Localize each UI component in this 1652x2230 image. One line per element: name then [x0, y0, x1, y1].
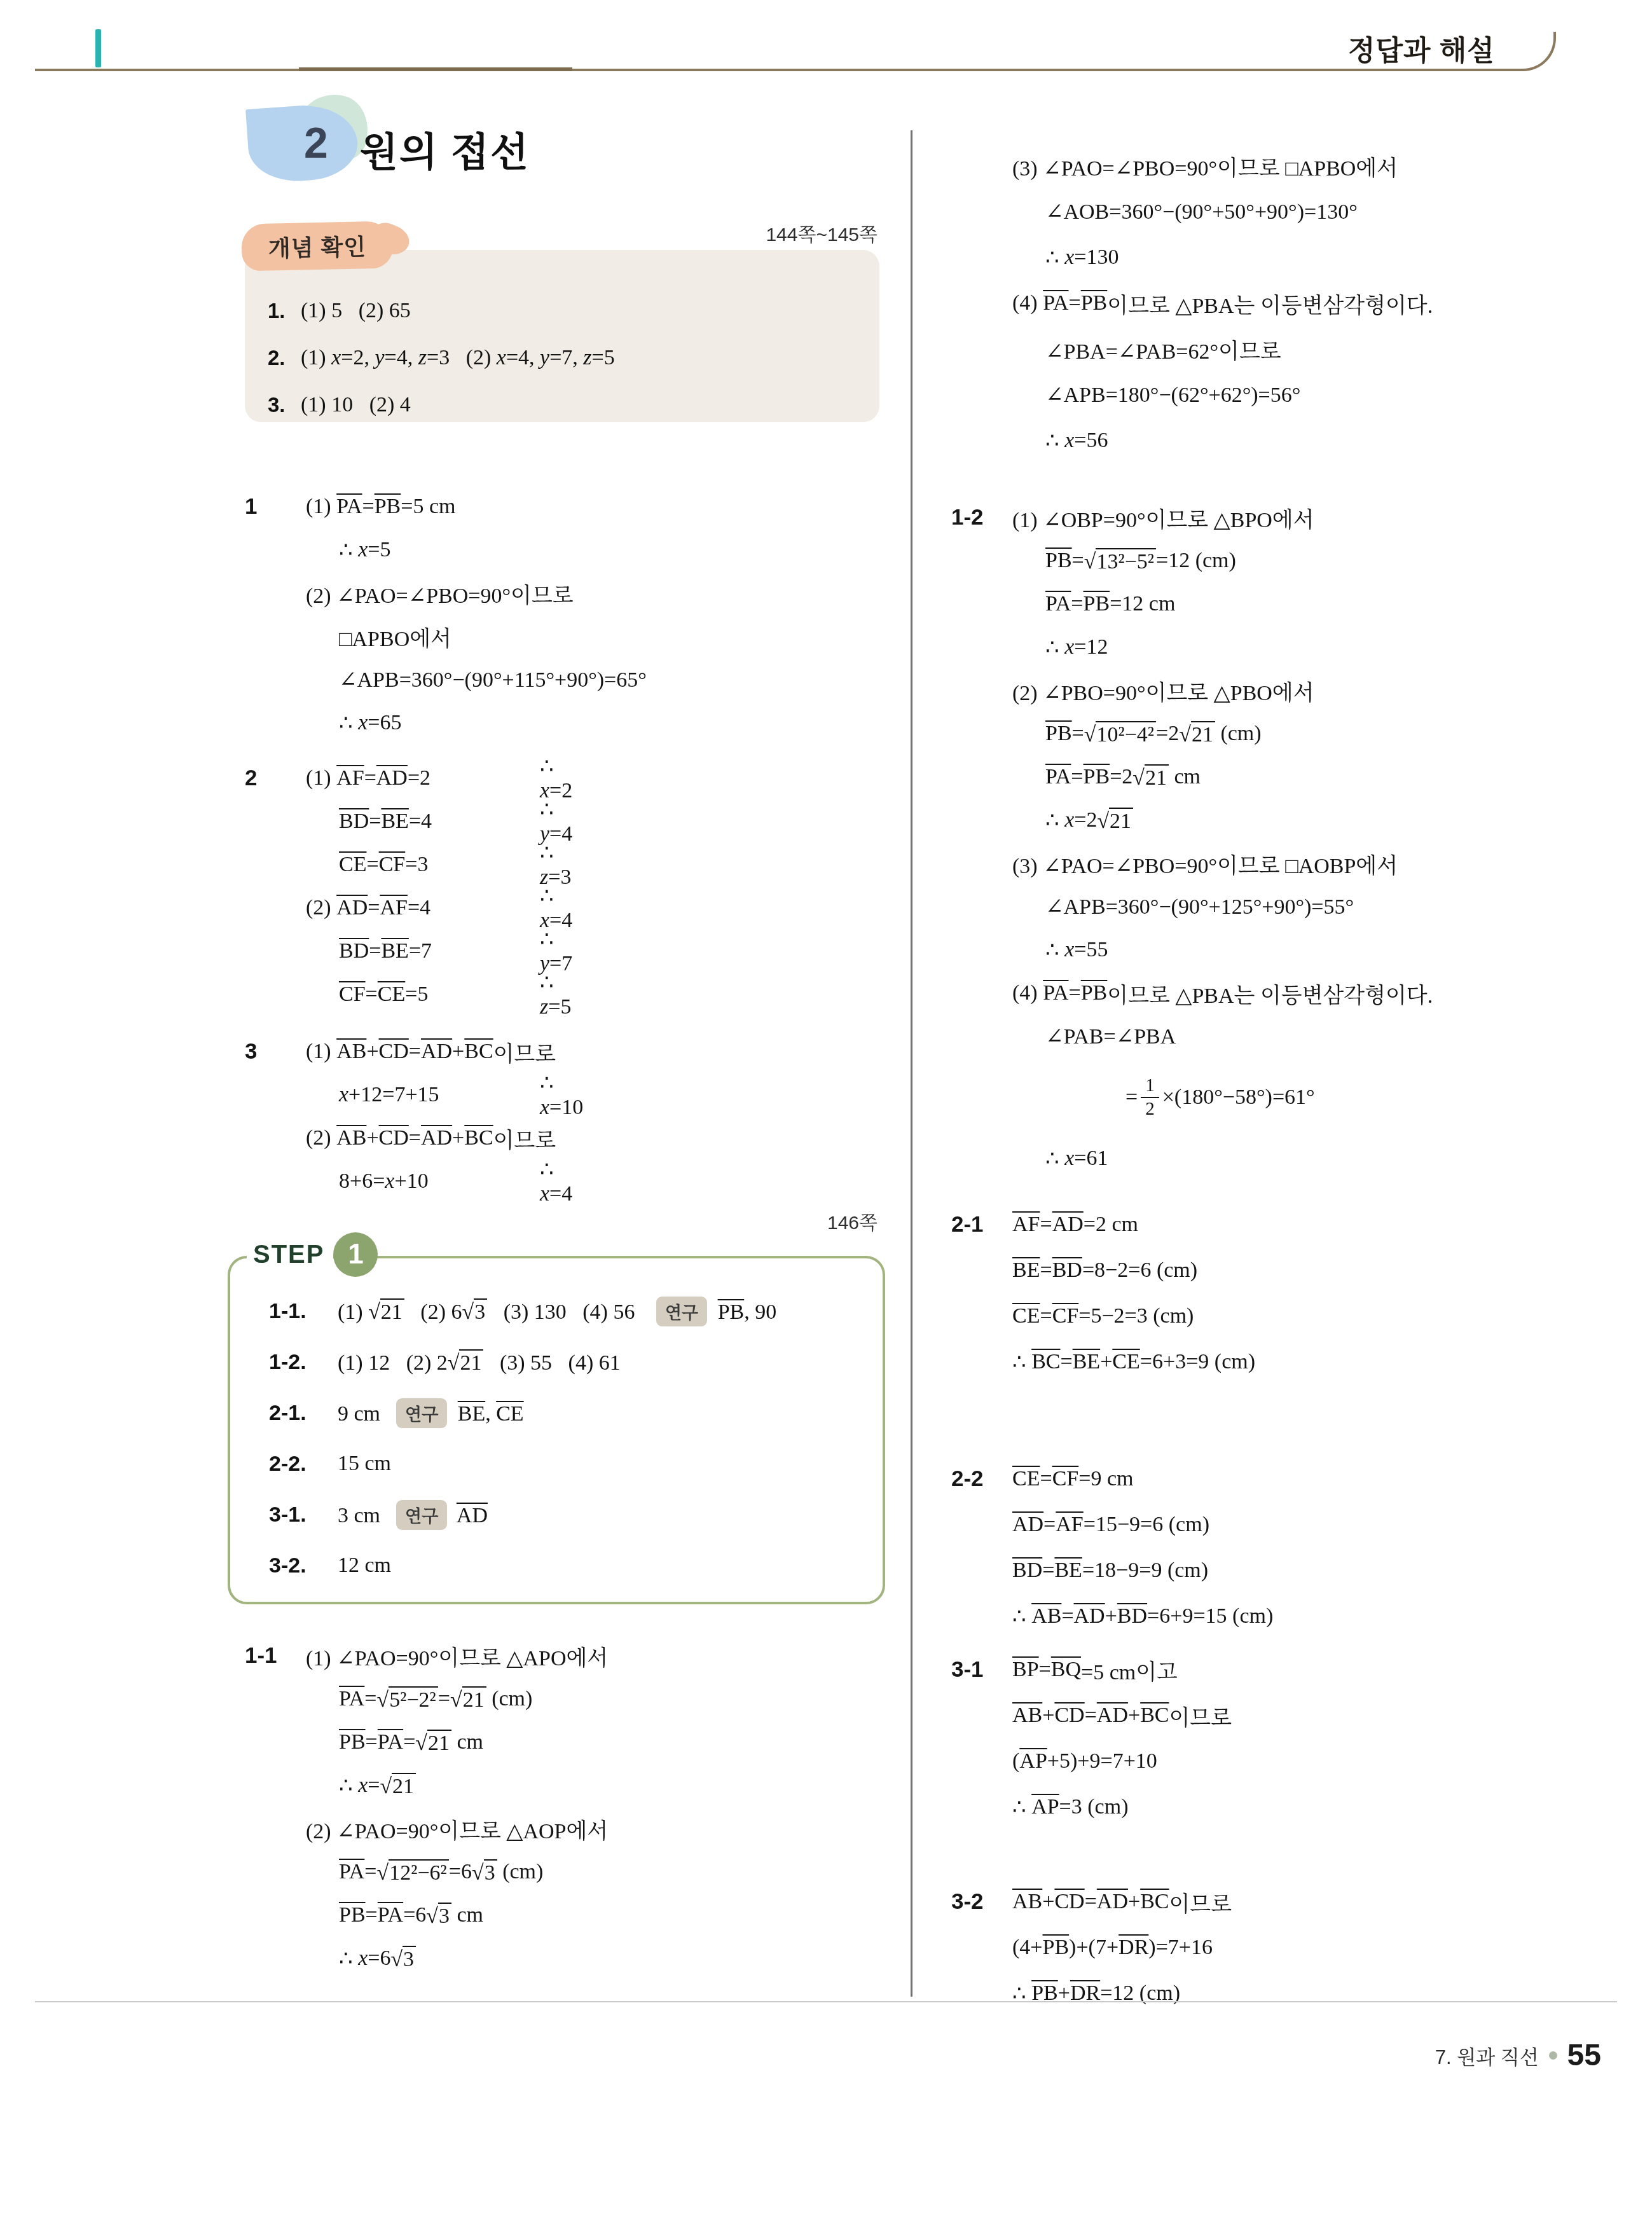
math-line: 8+6=x+10∴ x=4 [306, 1160, 556, 1203]
problem-number: 2-2. [269, 1452, 338, 1476]
math-line: BD=BE=4∴ y=4 [306, 800, 432, 843]
math-line: ∴ x=61 [1012, 1137, 1433, 1180]
math-line: □APBO에서 [306, 615, 647, 658]
section-label: 1 [245, 485, 257, 528]
math-line: (2) ∠PAO=90°이므로 △AOP에서 [306, 1807, 608, 1850]
math-line: AB+CD=AD+BC이므로 [1012, 1879, 1232, 1925]
math-line: ∠PBA=∠PAB=62°이므로 [1012, 326, 1433, 372]
item-answer: (1) 10 (2) 4 [301, 393, 411, 417]
problem-answer: (1) 12 (2) 2√21 (3) 55 (4) 61 [338, 1349, 621, 1375]
math-line: AD=AF=15−9=6 (cm) [1012, 1502, 1273, 1548]
math-line-tail: ∴ x=10 [540, 1070, 583, 1120]
unit-number: 2 [287, 118, 345, 168]
step-answer-row: 3-2.12 cm [269, 1540, 776, 1591]
step1-answers: 1-1.(1) √21 (2) 6√3 (3) 130 (4) 56 연구 PB… [269, 1286, 776, 1591]
math-line-tail: ∴ y=7 [540, 926, 572, 976]
yeongu-badge: 연구 [396, 1398, 447, 1428]
math-line: ∴ x=56 [1012, 418, 1433, 464]
math-line: BD=BE=7∴ y=7 [306, 930, 432, 973]
math-line-tail: ∴ y=4 [540, 797, 572, 846]
math-line: (3) ∠PAO=∠PBO=90°이므로 □AOBP에서 [1012, 842, 1433, 885]
section-label: 1-2 [951, 496, 984, 539]
step-number-badge: 1 [333, 1232, 378, 1277]
math-line: PA=√5²−2²=√21 (cm) [306, 1677, 608, 1721]
footer-rule [35, 2001, 1617, 2002]
math-line: (4+PB)+(7+DR)=7+16 [1012, 1925, 1232, 1971]
math-line: ∴ x=6√3 [306, 1937, 608, 1980]
section-label: 2 [245, 757, 257, 800]
math-line: (4) PA=PB이므로 △PBA는 이등변삼각형이다. [1012, 972, 1433, 1015]
math-line: ∠AOB=360°−(90°+50°+90°)=130° [1012, 189, 1433, 235]
solution-section-s21: 2-1AF=AD=2 cmBE=BD=8−2=6 (cm)CE=CF=5−2=3… [951, 1202, 1255, 1385]
math-line: x+12=7+15∴ x=10 [306, 1073, 556, 1117]
section-label: 3-2 [951, 1879, 984, 1925]
math-line: ∴ x=5 [306, 528, 647, 572]
solution-section-p1: 1(1) PA=PB=5 cm∴ x=5(2) ∠PAO=∠PBO=90°이므로… [245, 485, 647, 745]
math-line-tail: ∴ z=3 [540, 840, 571, 890]
math-line: ∴ AP=3 (cm) [1012, 1784, 1232, 1830]
concept-check-badge: 개념 확인 [241, 221, 393, 272]
unit-title: 원의 접선 [360, 121, 530, 177]
math-line: (2) ∠PBO=90°이므로 △PBO에서 [1012, 669, 1433, 712]
math-line: AB+CD=AD+BC이므로 [1012, 1693, 1232, 1738]
math-line: CF=CE=5∴ z=5 [306, 973, 432, 1016]
solution-section-s22: 2-2CE=CF=9 cmAD=AF=15−9=6 (cm)BD=BE=18−9… [951, 1456, 1273, 1639]
section-label: 2-1 [951, 1202, 984, 1248]
math-line: ∠APB=180°−(62°+62°)=56° [1012, 372, 1433, 418]
section-label: 1-1 [245, 1634, 277, 1677]
step-answer-row: 2-2.15 cm [269, 1438, 776, 1489]
page-title: 정답과 해설 [1348, 28, 1495, 69]
concept-item: 3.(1) 10 (2) 4 [268, 382, 615, 429]
header-rule-accent [299, 67, 572, 71]
item-number: 1. [268, 299, 301, 323]
math-line: (1) AF=AD=2∴ x=2 [306, 757, 432, 800]
math-line: (1) PA=PB=5 cm [306, 485, 647, 528]
math-line: AF=AD=2 cm [1012, 1202, 1255, 1248]
math-line: BE=BD=8−2=6 (cm) [1012, 1248, 1255, 1293]
problem-number: 1-2. [269, 1350, 338, 1375]
math-line: PA=PB=12 cm [1012, 582, 1433, 626]
math-line: ∴ x=65 [306, 701, 647, 745]
section-label: 3 [245, 1030, 257, 1073]
math-line: ∠PAB=∠PBA [1012, 1015, 1433, 1058]
problem-number: 3-1. [269, 1503, 338, 1527]
math-line: PB=√13²−5²=12 (cm) [1012, 539, 1433, 582]
math-line: (2) AD=AF=4∴ x=4 [306, 886, 432, 930]
footer: 7. 원과 직선 55 [1435, 2038, 1601, 2073]
math-line: BP=BQ=5 cm이고 [1012, 1647, 1232, 1693]
step1-heading: STEP 1 [247, 1232, 378, 1277]
math-line: PB=PA=6√3 cm [306, 1894, 608, 1937]
problem-answer: 15 cm [338, 1452, 391, 1476]
problem-answer: 3 cm 연구 AD [338, 1500, 488, 1530]
math-line: ∴ AB=AD+BD=6+9=15 (cm) [1012, 1593, 1273, 1639]
problem-number: 1-1. [269, 1299, 338, 1324]
problem-number: 3-2. [269, 1553, 338, 1578]
math-line: CE=CF=3∴ z=3 [306, 843, 432, 886]
section-label: 3-1 [951, 1647, 984, 1693]
math-line: (1) AB+CD=AD+BC이므로 [306, 1030, 556, 1073]
item-number: 2. [268, 346, 301, 370]
math-line: ∠APB=360°−(90°+125°+90°)=55° [1012, 885, 1433, 928]
math-line: ∴ x=2√21 [1012, 799, 1433, 842]
solution-section-s11: 1-1(1) ∠PAO=90°이므로 △APO에서PA=√5²−2²=√21 (… [245, 1634, 608, 1980]
math-line: BD=BE=18−9=9 (cm) [1012, 1548, 1273, 1593]
step-answer-row: 2-1.9 cm 연구 BE, CE [269, 1387, 776, 1438]
item-answer: (1) x=2, y=4, z=3 (2) x=4, y=7, z=5 [301, 346, 615, 370]
math-line-tail: ∴ x=2 [540, 754, 572, 803]
math-line: CE=CF=9 cm [1012, 1456, 1273, 1502]
math-line-tail: ∴ x=4 [540, 1157, 572, 1206]
math-line: ∠APB=360°−(90°+115°+90°)=65° [306, 658, 647, 701]
math-line: =12×(180°−58°)=61° [1012, 1058, 1433, 1137]
math-line-tail: ∴ z=5 [540, 970, 571, 1019]
answer-page: 정답과 해설 2 원의 접선 개념 확인 144쪽~145쪽 1.(1) 5 (… [0, 0, 1652, 2230]
step-page-label: 146쪽 [661, 1207, 878, 1235]
yeongu-badge: 연구 [396, 1500, 447, 1530]
math-line: CE=CF=5−2=3 (cm) [1012, 1293, 1255, 1339]
math-line: (AP+5)+9=7+10 [1012, 1738, 1232, 1784]
column-divider [911, 130, 912, 1997]
footer-dot-icon [1549, 2051, 1557, 2060]
solution-section-s32: 3-2AB+CD=AD+BC이므로(4+PB)+(7+DR)=7+16∴ PB+… [951, 1879, 1232, 2016]
step-answer-row: 1-2.(1) 12 (2) 2√21 (3) 55 (4) 61 [269, 1337, 776, 1387]
math-line: PB=PA=√21 cm [306, 1721, 608, 1764]
step-label: STEP [247, 1241, 333, 1269]
solution-section-p2: 2(1) AF=AD=2∴ x=2BD=BE=4∴ y=4CE=CF=3∴ z=… [245, 757, 432, 1016]
solution-section-cont: (3) ∠PAO=∠PBO=90°이므로 □APBO에서∠AOB=360°−(9… [951, 143, 1433, 464]
solution-section-s12: 1-2(1) ∠OBP=90°이므로 △BPO에서PB=√13²−5²=12 (… [951, 496, 1433, 1180]
concept-item: 1.(1) 5 (2) 65 [268, 287, 615, 334]
step-answer-row: 3-1.3 cm 연구 AD [269, 1489, 776, 1540]
concept-check-answers: 1.(1) 5 (2) 652.(1) x=2, y=4, z=3 (2) x=… [268, 287, 615, 429]
page-range-label: 144쪽~145쪽 [655, 219, 878, 247]
footer-page-number: 55 [1567, 2038, 1601, 2073]
problem-answer: (1) √21 (2) 6√3 (3) 130 (4) 56 연구 PB, 90 [338, 1297, 776, 1326]
problem-answer: 12 cm [338, 1553, 391, 1578]
math-line: PA=√12²−6²=6√3 (cm) [306, 1850, 608, 1894]
math-line: (1) ∠OBP=90°이므로 △BPO에서 [1012, 496, 1433, 539]
math-line: PA=PB=2√21 cm [1012, 755, 1433, 799]
math-line: ∴ x=√21 [306, 1764, 608, 1807]
math-line: PB=√10²−4²=2√21 (cm) [1012, 712, 1433, 755]
item-number: 3. [268, 393, 301, 417]
math-line: (3) ∠PAO=∠PBO=90°이므로 □APBO에서 [1012, 143, 1433, 189]
math-line: ∴ PB+DR=12 (cm) [1012, 1971, 1232, 2016]
math-line: (2) ∠PAO=∠PBO=90°이므로 [306, 572, 647, 615]
math-line: (4) PA=PB이므로 △PBA는 이등변삼각형이다. [1012, 280, 1433, 326]
header-rule [35, 32, 1556, 71]
item-answer: (1) 5 (2) 65 [301, 299, 411, 323]
math-line-tail: ∴ x=4 [540, 883, 572, 933]
yeongu-badge: 연구 [656, 1297, 707, 1326]
concept-item: 2.(1) x=2, y=4, z=3 (2) x=4, y=7, z=5 [268, 334, 615, 382]
footer-chapter: 7. 원과 직선 [1435, 2041, 1539, 2070]
math-line: ∴ x=130 [1012, 235, 1433, 280]
solution-section-p3: 3(1) AB+CD=AD+BC이므로x+12=7+15∴ x=10(2) AB… [245, 1030, 556, 1203]
step-answer-row: 1-1.(1) √21 (2) 6√3 (3) 130 (4) 56 연구 PB… [269, 1286, 776, 1337]
solution-section-s31: 3-1BP=BQ=5 cm이고AB+CD=AD+BC이므로(AP+5)+9=7+… [951, 1647, 1232, 1830]
math-line: ∴ x=55 [1012, 928, 1433, 972]
math-line: ∴ BC=BE+CE=6+3=9 (cm) [1012, 1339, 1255, 1385]
problem-number: 2-1. [269, 1401, 338, 1426]
math-line: (1) ∠PAO=90°이므로 △APO에서 [306, 1634, 608, 1677]
math-line: ∴ x=12 [1012, 626, 1433, 669]
problem-answer: 9 cm 연구 BE, CE [338, 1398, 524, 1428]
section-label: 2-2 [951, 1456, 984, 1502]
math-line: (2) AB+CD=AD+BC이므로 [306, 1117, 556, 1160]
fraction: 12 [1141, 1075, 1159, 1120]
